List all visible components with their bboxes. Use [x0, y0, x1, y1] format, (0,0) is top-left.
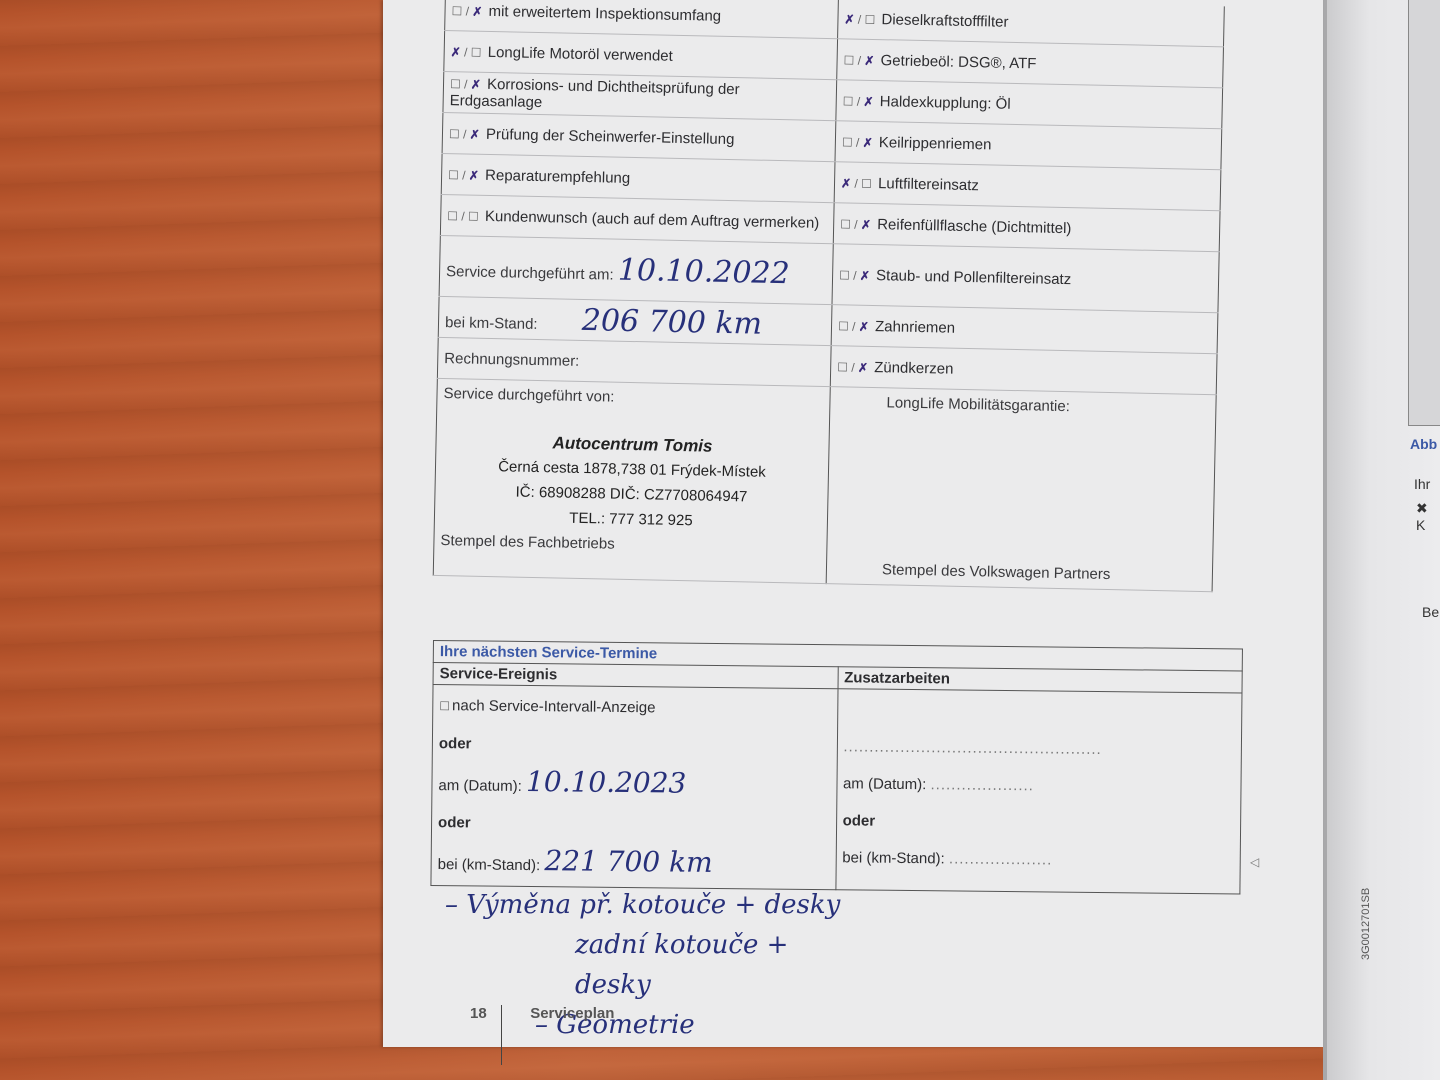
checklist-table: ☐ / ✗ mit erweitertem Inspektionsumfang✗… — [440, 0, 1225, 252]
service-details-table: Service durchgeführt am: 10.10.2022 ☐ / … — [433, 236, 1220, 592]
note-line: – Výměna př. kotouče + desky — [445, 885, 845, 925]
checklist-label: Keilrippenriemen — [879, 134, 992, 153]
or-label: oder — [439, 725, 831, 766]
next-km-value: 221 700 km — [544, 844, 713, 879]
checklist-label: Reparaturempfehlung — [485, 166, 630, 186]
checklist-label: mit erweitertem Inspektionsumfang — [488, 2, 721, 24]
stamp-workshop-label: Stempel des Fachbetriebs — [440, 532, 820, 557]
performed-on-label: Service durchgeführt am: — [446, 263, 614, 284]
next-km-label: bei (km-Stand): — [438, 856, 541, 874]
checkbox-icon[interactable]: ☐ / ✗ — [843, 94, 874, 109]
km-label: bei km-Stand: — [445, 314, 538, 333]
document-code: 3G0012701SB — [1360, 888, 1372, 960]
extra-km-dots: .................... — [949, 850, 1053, 868]
checklist-label: Staub- und Pollenfiltereinsatz — [876, 267, 1071, 288]
checkbox-icon[interactable]: ✗ / ☐ — [451, 45, 482, 60]
checklist-label: LongLife Motoröl verwendet — [488, 43, 673, 64]
extra-work-dots: ........................................… — [843, 728, 1235, 769]
checkbox-icon[interactable]: ☐ / ☐ — [447, 209, 479, 224]
checkbox-icon[interactable]: ☐ / ✗ — [838, 319, 869, 334]
interval-option: nach Service-Intervall-Anzeige — [452, 697, 656, 716]
checkbox-icon[interactable]: ☐ / ✗ — [450, 77, 481, 92]
performed-on-value: 10.10.2022 — [618, 252, 790, 291]
checkbox-icon[interactable]: ☐ / ✗ — [842, 135, 873, 150]
right-page-fragment: Be — [1422, 604, 1439, 620]
next-date-value: 10.10.2023 — [526, 765, 687, 800]
checkbox-icon[interactable]: ☐ / ✗ — [843, 53, 874, 68]
checklist-label: Getriebeöl: DSG®, ATF — [880, 52, 1036, 72]
stamp-vw-label: Stempel des Volkswagen Partners — [882, 561, 1111, 583]
next-date-label: am (Datum): — [438, 777, 522, 795]
right-page-fragment: Abb — [1410, 436, 1437, 452]
checkbox-icon[interactable]: ☐ / ✗ — [449, 127, 480, 142]
checkbox-icon[interactable]: ☐ — [439, 688, 450, 725]
checklist-label: Kundenwunsch (auch auf dem Auftrag verme… — [485, 207, 820, 231]
km-value: 206 700 km — [581, 302, 762, 341]
checkbox-icon[interactable]: ☐ / ✗ — [840, 217, 871, 232]
right-page-fragment: ✖ K — [1416, 500, 1440, 533]
checklist-label: Reifenfüllflasche (Dichtmittel) — [877, 216, 1072, 237]
checkbox-icon[interactable]: ✗ / ☐ — [844, 12, 875, 27]
performed-by-label: Service durchgeführt von: — [443, 385, 823, 410]
checklist-label: Zahnriemen — [875, 318, 955, 337]
extra-date-label: am (Datum): — [843, 775, 927, 793]
checklist-label: Prüfung der Scheinwerfer-Einstellung — [486, 125, 735, 147]
right-col-cell: ☐ / ✗ Staub- und Pollenfiltereinsatz — [832, 244, 1219, 313]
service-record-form: ☐ / ✗ mit erweitertem Inspektionsumfang✗… — [433, 0, 1240, 593]
checklist-label: Dieselkraftstofffilter — [881, 11, 1008, 31]
checklist-label: Zündkerzen — [874, 359, 954, 378]
right-page-illustration — [1408, 0, 1440, 426]
checkbox-icon[interactable]: ☐ / ✗ — [839, 268, 870, 283]
extra-km-label: bei (km-Stand): — [842, 849, 945, 867]
next-service-section: Ihre nächsten Service-Termine Service-Er… — [430, 640, 1248, 895]
section-title: Serviceplan — [530, 1005, 614, 1022]
page-number: 18 — [470, 1005, 487, 1022]
mobility-guarantee-label: LongLife Mobilitätsgarantie: — [886, 394, 1209, 418]
invoice-label: Rechnungsnummer: — [444, 350, 579, 370]
checklist-label: Korrosions- und Dichtheitsprüfung der Er… — [450, 76, 740, 111]
extra-date-dots: .................... — [930, 776, 1034, 794]
checkbox-icon[interactable]: ☐ / ✗ — [837, 360, 868, 375]
triangle-marker-icon: ◁ — [1250, 855, 1259, 869]
or-label: oder — [438, 804, 830, 845]
checklist-label: Haldexkupplung: Öl — [880, 93, 1011, 113]
or-label: oder — [842, 802, 1234, 843]
workshop-stamp: Autocentrum Tomis Černá cesta 1878,738 0… — [441, 428, 823, 536]
book-spine — [1323, 0, 1327, 1080]
checkbox-icon[interactable]: ☐ / ✗ — [451, 4, 482, 19]
checkbox-icon[interactable]: ☐ / ✗ — [448, 168, 479, 183]
note-line: zadní kotouče + desky — [575, 925, 845, 1005]
right-page-fragment: Ihr — [1414, 476, 1430, 492]
checklist-label: Luftfiltereinsatz — [878, 175, 979, 194]
page-footer: 18Serviceplan — [470, 1005, 614, 1065]
checkbox-icon[interactable]: ✗ / ☐ — [841, 176, 872, 191]
